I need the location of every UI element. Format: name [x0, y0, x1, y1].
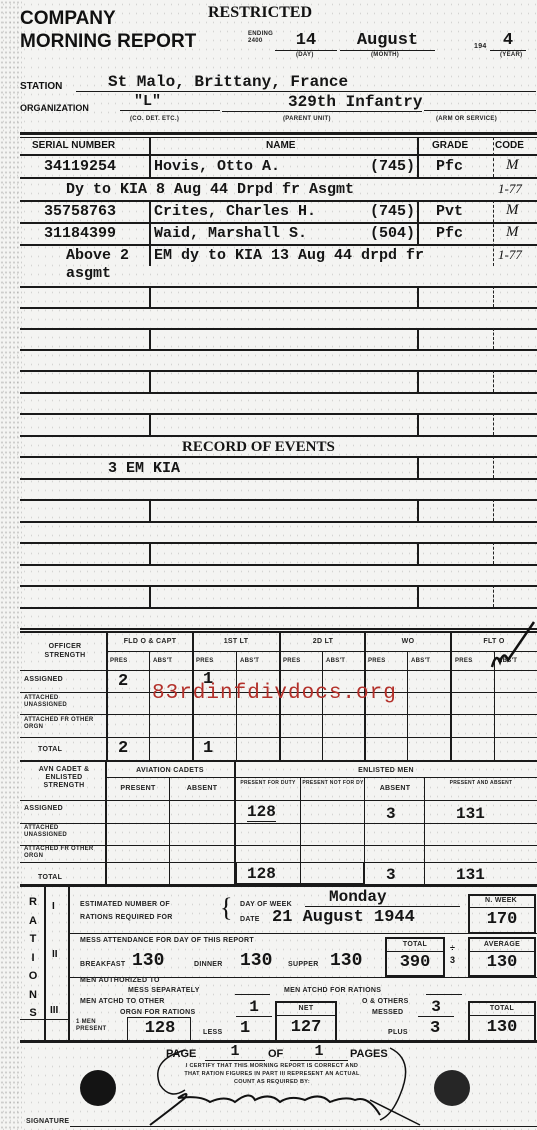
serial-number: 35758763 — [44, 203, 116, 220]
rule — [20, 286, 537, 288]
n-week-label: N. WEEK — [470, 897, 532, 904]
soldier-name: Hovis, Otto A. — [154, 158, 280, 175]
month-caption: (MONTH) — [371, 52, 399, 58]
col-present-and-absent: PRESENT AND ABSENT — [426, 780, 536, 787]
group-wo: WO — [366, 638, 450, 645]
col-sep — [493, 413, 494, 435]
mess-total-value: 390 — [387, 953, 443, 972]
rule — [20, 200, 537, 202]
others-messed-label-1: O & OTHERS — [362, 998, 409, 1005]
rule — [68, 933, 537, 934]
col-sep — [364, 778, 365, 884]
code: 1-77 — [498, 247, 522, 263]
parent-unit-value: 329th Infantry — [222, 93, 422, 112]
code: M — [506, 202, 519, 219]
men-present-label: 1 MEN PRESENT — [76, 1019, 126, 1033]
average-label: AVERAGE — [470, 941, 534, 948]
divide-by-three: ÷ 3 — [450, 942, 460, 966]
enlisted-total-present-for-duty: 128 — [247, 865, 276, 884]
others-messed-label-2: MESSED — [372, 1009, 403, 1016]
seal-right-icon — [434, 1070, 470, 1106]
col-sep — [493, 456, 494, 478]
day-caption: (DAY) — [296, 52, 314, 58]
rule — [20, 222, 537, 224]
col-sep — [417, 585, 419, 607]
letter: T — [28, 930, 38, 949]
form-title-line2: MORNING REPORT — [20, 31, 196, 53]
rule — [20, 714, 537, 715]
company-value: "L" — [120, 93, 220, 111]
rule — [105, 777, 537, 778]
rule — [20, 478, 537, 480]
col-sep — [169, 778, 170, 884]
watermark: 83rdinfdivdocs.org — [152, 682, 397, 705]
grade: Pfc — [436, 225, 463, 242]
col-sep — [493, 499, 494, 521]
rule — [20, 370, 537, 372]
letter: I — [28, 949, 38, 968]
col-serial-number: SERIAL NUMBER — [32, 140, 115, 151]
plus-value: 3 — [430, 1019, 440, 1038]
row-attached-unassigned: ATTACHED UNASSIGNED — [24, 825, 102, 839]
rule — [470, 1015, 534, 1016]
group-enlisted-men: ENLISTED MEN — [236, 767, 536, 774]
rule — [20, 392, 537, 394]
rule — [20, 760, 537, 762]
rule — [20, 328, 537, 330]
remark: EM dy to KIA 13 Aug 44 drpd fr — [154, 247, 424, 264]
group-fld-o-capt: FLD O & CAPT — [108, 638, 192, 645]
serial-number: 34119254 — [44, 158, 116, 175]
rule — [20, 499, 537, 501]
arm-service-line — [424, 110, 536, 111]
rule — [20, 177, 537, 179]
col-sep — [149, 137, 151, 177]
row-total: TOTAL — [38, 874, 62, 881]
supper-label: SUPPER — [288, 961, 319, 968]
co-caption: (CO. DET. ETC.) — [130, 116, 179, 122]
col-sep — [493, 137, 494, 177]
col-sep — [149, 499, 151, 521]
row-assigned: ASSIGNED — [24, 676, 63, 683]
enlisted-assigned-absent: 3 — [386, 805, 396, 823]
rule — [20, 435, 537, 437]
col-sep — [417, 542, 419, 564]
soldier-name: Crites, Charles H. — [154, 203, 316, 220]
row-attached-fr-other: ATTACHED FR OTHER ORGN — [24, 717, 102, 731]
rule — [20, 521, 537, 523]
grade: Pfc — [436, 158, 463, 175]
col-sep — [149, 652, 150, 761]
rule — [20, 154, 537, 156]
station-label: STATION — [20, 81, 62, 92]
code: 1-77 — [498, 181, 522, 197]
sub-abst: ABS'T — [411, 658, 430, 664]
net-label: NET — [277, 1005, 335, 1012]
record-of-events-text: 3 EM KIA — [108, 460, 180, 477]
day-of-week-value: Monday — [305, 888, 460, 907]
date-value: 21 August 1944 — [272, 908, 415, 927]
mos-code: (745) — [370, 203, 415, 220]
others-messed-value: 3 — [418, 998, 454, 1017]
sub-abst: ABS'T — [153, 658, 172, 664]
atchd-for-rations-line — [426, 994, 462, 995]
rule — [20, 564, 537, 566]
col-sep — [417, 413, 419, 435]
col-sep — [493, 585, 494, 607]
soldier-name: Waid, Marshall S. — [154, 225, 307, 242]
rations-total-value: 130 — [470, 1018, 534, 1037]
rule — [20, 542, 537, 544]
plus-label: PLUS — [388, 1029, 408, 1036]
rule — [387, 951, 443, 952]
col-sep — [417, 137, 419, 177]
col-sep — [149, 413, 151, 435]
col-absent-enlisted: ABSENT — [366, 785, 424, 792]
enlisted-assigned-present-and-absent: 131 — [456, 805, 485, 824]
rule — [20, 670, 537, 671]
group-aviation-cadets: AVIATION CADETS — [107, 767, 233, 774]
col-sep — [493, 286, 494, 307]
grade: Pvt — [436, 203, 463, 220]
pen-mark-icon — [488, 612, 537, 672]
less-value: 1 — [240, 1019, 250, 1038]
officer-total-fld-pres: 2 — [118, 739, 128, 758]
men-authorized-label-2: MESS SEPARATELY — [128, 987, 200, 994]
rule — [277, 1015, 335, 1016]
col-grade: GRADE — [432, 140, 468, 151]
section-iii-num: III — [50, 1005, 58, 1016]
col-sep — [493, 328, 494, 349]
letter: A — [28, 912, 38, 931]
average-value: 130 — [470, 953, 534, 972]
organization-label: ORGANIZATION — [20, 103, 89, 113]
code: M — [506, 157, 519, 174]
rule — [470, 907, 534, 908]
sub-pres: PRES — [283, 658, 301, 664]
rations-total-label: TOTAL — [470, 1005, 534, 1012]
rule — [20, 244, 537, 246]
col-sep — [417, 499, 419, 521]
estimated-label-1: ESTIMATED NUMBER OF — [80, 901, 170, 908]
col-absent: ABSENT — [171, 785, 233, 792]
section-i-num: I — [52, 901, 55, 912]
rule — [20, 307, 537, 309]
brace-icon: { — [220, 893, 232, 923]
group-1st-lt: 1ST LT — [194, 638, 278, 645]
rations-side-label: R A T I O N S — [28, 893, 38, 1023]
parent-caption: (PARENT UNIT) — [283, 116, 331, 122]
mos-code: (504) — [370, 225, 415, 242]
signature-icon — [130, 1040, 430, 1130]
signature-label: SIGNATURE — [26, 1118, 69, 1125]
rule — [20, 628, 537, 630]
serial-number: 31184399 — [44, 225, 116, 242]
enlisted-assigned-present-for-duty: 128 — [247, 803, 276, 822]
roster-top-rule — [20, 132, 537, 135]
estimated-label-2: RATIONS REQUIRED FOR — [80, 914, 173, 921]
officer-assigned-fld-pres: 2 — [118, 672, 128, 691]
breakfast-value: 130 — [132, 951, 164, 971]
col-sep — [424, 778, 425, 884]
mess-attendance-label: MESS ATTENDANCE FOR DAY OF THIS REPORT — [80, 937, 254, 944]
remark-left: Above 2 — [66, 247, 129, 264]
rule — [20, 585, 537, 587]
men-present-value: 128 — [129, 1019, 191, 1038]
col-code: CODE — [495, 140, 524, 151]
sub-abst: ABS'T — [326, 658, 345, 664]
seal-left-icon — [80, 1070, 116, 1106]
col-sep — [149, 200, 151, 266]
net-value: 127 — [277, 1018, 335, 1037]
rule — [20, 413, 537, 415]
col-sep — [417, 328, 419, 349]
enlisted-total-present-and-absent: 131 — [456, 866, 485, 885]
col-sep — [149, 370, 151, 392]
col-present: PRESENT — [107, 785, 169, 792]
col-sep — [322, 652, 323, 761]
officer-total-1lt-pres: 1 — [203, 739, 213, 758]
col-sep — [493, 370, 494, 392]
col-sep — [44, 887, 46, 1041]
less-label: LESS — [203, 1029, 222, 1036]
rule — [20, 737, 537, 738]
men-atchd-other-label-2: ORGN FOR RATIONS — [120, 1009, 195, 1016]
col-sep — [236, 652, 237, 761]
col-present-for-duty: PRESENT FOR DUTY — [236, 780, 300, 787]
record-of-events-title: RECORD OF EVENTS — [182, 439, 335, 456]
men-atchd-for-rations-label: MEN ATCHD FOR RATIONS — [284, 987, 381, 994]
report-month: August — [340, 31, 435, 51]
col-sep — [407, 652, 408, 761]
letter: N — [28, 986, 38, 1005]
station-value: St Malo, Brittany, France — [76, 73, 536, 92]
roster-top-rule-2 — [20, 137, 537, 138]
date-label: DATE — [240, 916, 260, 923]
col-sep — [68, 887, 70, 1041]
supper-value: 130 — [330, 951, 362, 971]
n-week-value: 170 — [470, 910, 534, 929]
report-day: 14 — [275, 31, 337, 51]
col-sep — [149, 286, 151, 307]
col-sep — [417, 200, 419, 244]
officer-strength-title: OFFICER STRENGTH — [30, 642, 100, 660]
col-sep — [450, 633, 452, 761]
col-sep — [106, 633, 108, 761]
code: M — [506, 224, 519, 241]
men-atchd-other-label-1: MEN ATCHD TO OTHER — [80, 998, 165, 1005]
dinner-label: DINNER — [194, 961, 223, 968]
form-title-line1: COMPANY — [20, 8, 116, 30]
rule — [20, 456, 537, 458]
letter: R — [28, 893, 38, 912]
sub-pres: PRES — [455, 658, 473, 664]
dinner-value: 130 — [240, 951, 272, 971]
col-sep — [417, 370, 419, 392]
day-of-week-label: DAY OF WEEK — [240, 901, 292, 908]
breakfast-label: BREAKFAST — [80, 961, 125, 968]
remark-continued: asgmt — [66, 265, 111, 282]
col-sep — [493, 542, 494, 564]
report-year: 4 — [490, 31, 526, 51]
group-2d-lt: 2D LT — [281, 638, 365, 645]
col-sep — [149, 585, 151, 607]
rule — [20, 800, 537, 801]
rule — [106, 651, 537, 652]
enlisted-strength-title: AVN CADET & ENLISTED STRENGTH — [24, 766, 104, 790]
signature-line — [70, 1126, 537, 1127]
letter: S — [28, 1004, 38, 1023]
sub-pres: PRES — [196, 658, 214, 664]
remark: Dy to KIA 8 Aug 44 Drpd fr Asgmt — [66, 181, 354, 198]
col-sep — [149, 542, 151, 564]
col-sep — [417, 456, 419, 478]
rule — [20, 349, 537, 351]
col-sep — [149, 328, 151, 349]
arm-caption: (ARM OR SERVICE) — [436, 116, 497, 122]
ending-label: ENDING 2400 — [248, 31, 272, 45]
col-name: NAME — [266, 140, 295, 151]
men-authorized-label-1: MEN AUTHORIZED TO — [80, 977, 160, 984]
section-ii-num: II — [52, 949, 58, 960]
rule — [470, 951, 534, 952]
sub-pres: PRES — [368, 658, 386, 664]
paper-edge-texture — [0, 0, 22, 1130]
row-attached-unassigned: ATTACHED UNASSIGNED — [24, 695, 102, 709]
sub-pres: PRES — [110, 658, 128, 664]
col-sep — [493, 200, 494, 266]
classification-stamp: RESTRICTED — [208, 4, 312, 22]
col-present-not-for-dy: PRESENT NOT FOR DY — [302, 780, 364, 787]
col-sep — [417, 286, 419, 307]
row-attached-fr-other: ATTACHED FR OTHER ORGN — [24, 846, 102, 860]
year-prefix: 194 — [474, 43, 487, 50]
mess-separately-line — [235, 994, 270, 995]
men-atchd-other-value: 1 — [236, 998, 272, 1017]
mess-total-label: TOTAL — [387, 941, 443, 948]
rule — [20, 607, 537, 609]
mos-code: (745) — [370, 158, 415, 175]
row-total: TOTAL — [38, 746, 62, 753]
row-assigned: ASSIGNED — [24, 805, 63, 812]
enlisted-total-absent: 3 — [386, 866, 396, 884]
sub-abst: ABS'T — [240, 658, 259, 664]
letter: O — [28, 967, 38, 986]
year-caption: (YEAR) — [500, 52, 522, 58]
